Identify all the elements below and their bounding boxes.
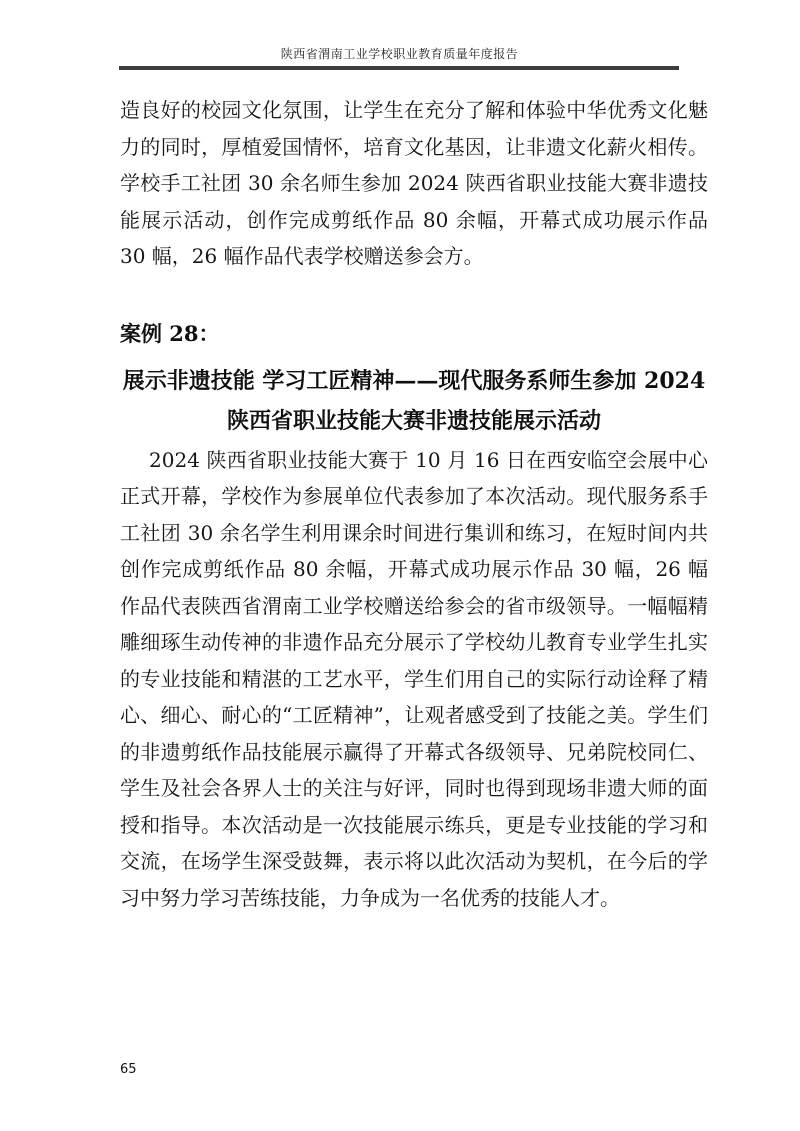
page-number: 65 — [120, 1062, 137, 1077]
case-title-line-1: 展示非遗技能 学习工匠精神——现代服务系师生参加 2024 — [120, 361, 708, 401]
paragraph-continuation: 造良好的校园文化氛围，让学生在充分了解和体验中华优秀文化魅力的同时，厚植爱国情怀… — [120, 92, 708, 275]
case-body-paragraph: 2024 陕西省职业技能大赛于 10 月 16 日在西安临空会展中心正式开幕，学… — [120, 442, 708, 917]
case-title: 展示非遗技能 学习工匠精神——现代服务系师生参加 2024 陕西省职业技能大赛非… — [120, 361, 708, 441]
running-header-title: 陕西省渭南工业学校职业教育质量年度报告 — [120, 46, 679, 62]
document-page: 陕西省渭南工业学校职业教育质量年度报告 造良好的校园文化氛围，让学生在充分了解和… — [0, 0, 800, 1131]
header-divider-rule — [119, 66, 679, 70]
case-title-line-2: 陕西省职业技能大赛非遗技能展示活动 — [120, 401, 708, 441]
page-content: 造良好的校园文化氛围，让学生在充分了解和体验中华优秀文化魅力的同时，厚植爱国情怀… — [120, 92, 708, 916]
case-label: 案例 28： — [120, 319, 708, 349]
